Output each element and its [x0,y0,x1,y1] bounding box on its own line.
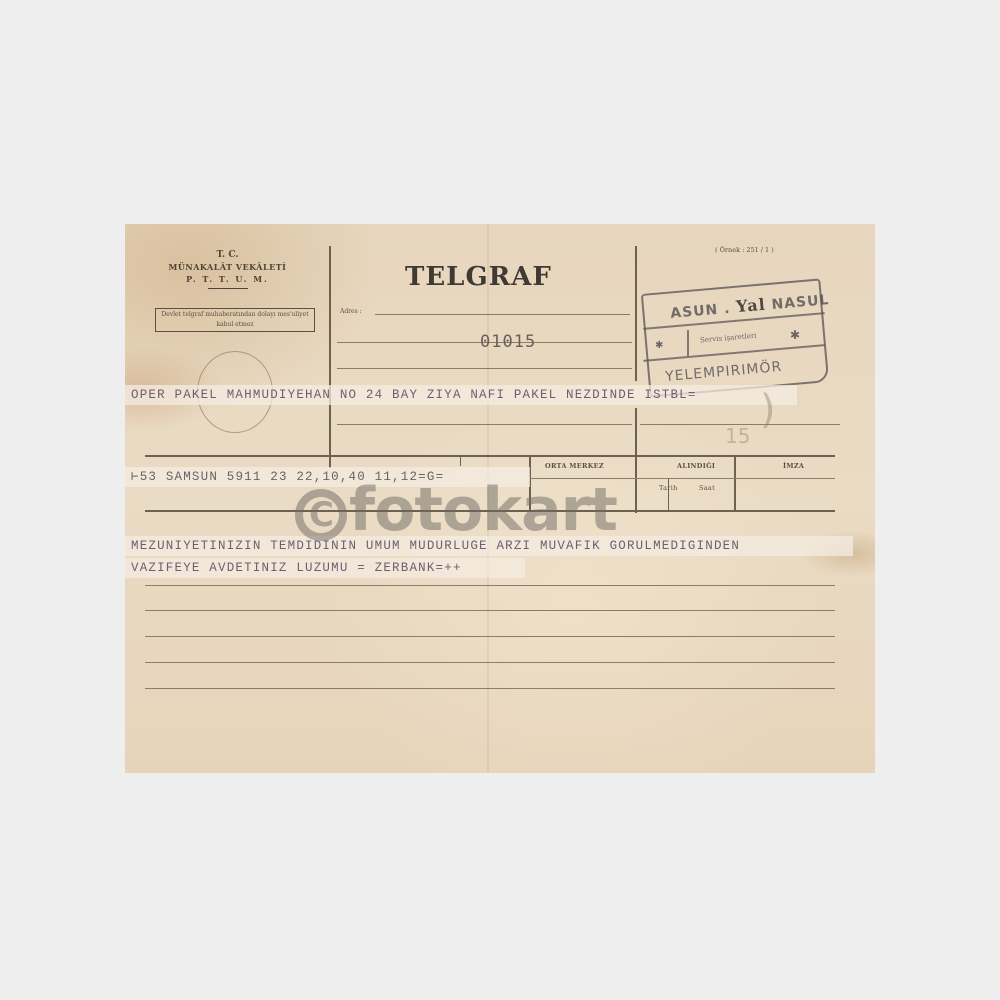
document-title: TELGRAF [405,262,552,292]
message-rule-1 [145,585,835,586]
alindigi-label: ALINDIĞI [677,462,715,470]
country-label: T. C. [125,250,330,260]
watermark-text: fotokart [349,475,617,545]
disclaimer-box: Devlet telgraf muhaberatından dolayı mes… [155,308,315,332]
serial-number: 01015 [480,332,536,352]
message-rule-2 [145,610,835,611]
divider-left [329,246,331,468]
message-rule-3 [145,636,835,637]
ministry-label: MÜNAKALÂT VEKÂLETİ [125,262,330,272]
saat-label: Saat [699,484,715,492]
meta-top-rule [145,455,835,457]
pencil-mark: ) [760,387,776,433]
message-rule-4 [145,662,835,663]
divider-right-lower [635,408,637,513]
watermark: Cfotokart [295,475,617,545]
handwritten-note: 15 [725,424,750,448]
message-line-2: VAZIFEYE AVDETINIZ LUZUMU = ZERBANK=++ [125,558,525,578]
imza-label: İMZA [783,462,804,470]
message-rule-5 [145,688,835,689]
meta-divider-2 [734,456,736,511]
stamp-star-icon: ✱ [655,340,663,351]
rule-4 [337,424,632,425]
rule-3 [337,368,632,369]
tarih-label: Tarih [659,484,678,492]
directorate-label: P. T. T. U. M. [125,274,330,284]
address-strip: OPER PAKEL MAHMUDIYEHAN NO 24 BAY ZIYA N… [125,385,797,405]
stamp-divider [687,330,689,356]
orta-merkez-label: ORTA MERKEZ [545,462,604,470]
meta-tick [460,456,461,466]
divider-right [635,246,637,381]
header-rule [208,288,248,289]
address-rule [375,314,630,315]
address-label: Adres : [340,308,362,315]
stamp-star-icon: ✱ [790,328,800,342]
form-reference: ( Örnek : 251 / 1 ) [715,246,774,254]
copyright-icon: C [295,489,347,541]
